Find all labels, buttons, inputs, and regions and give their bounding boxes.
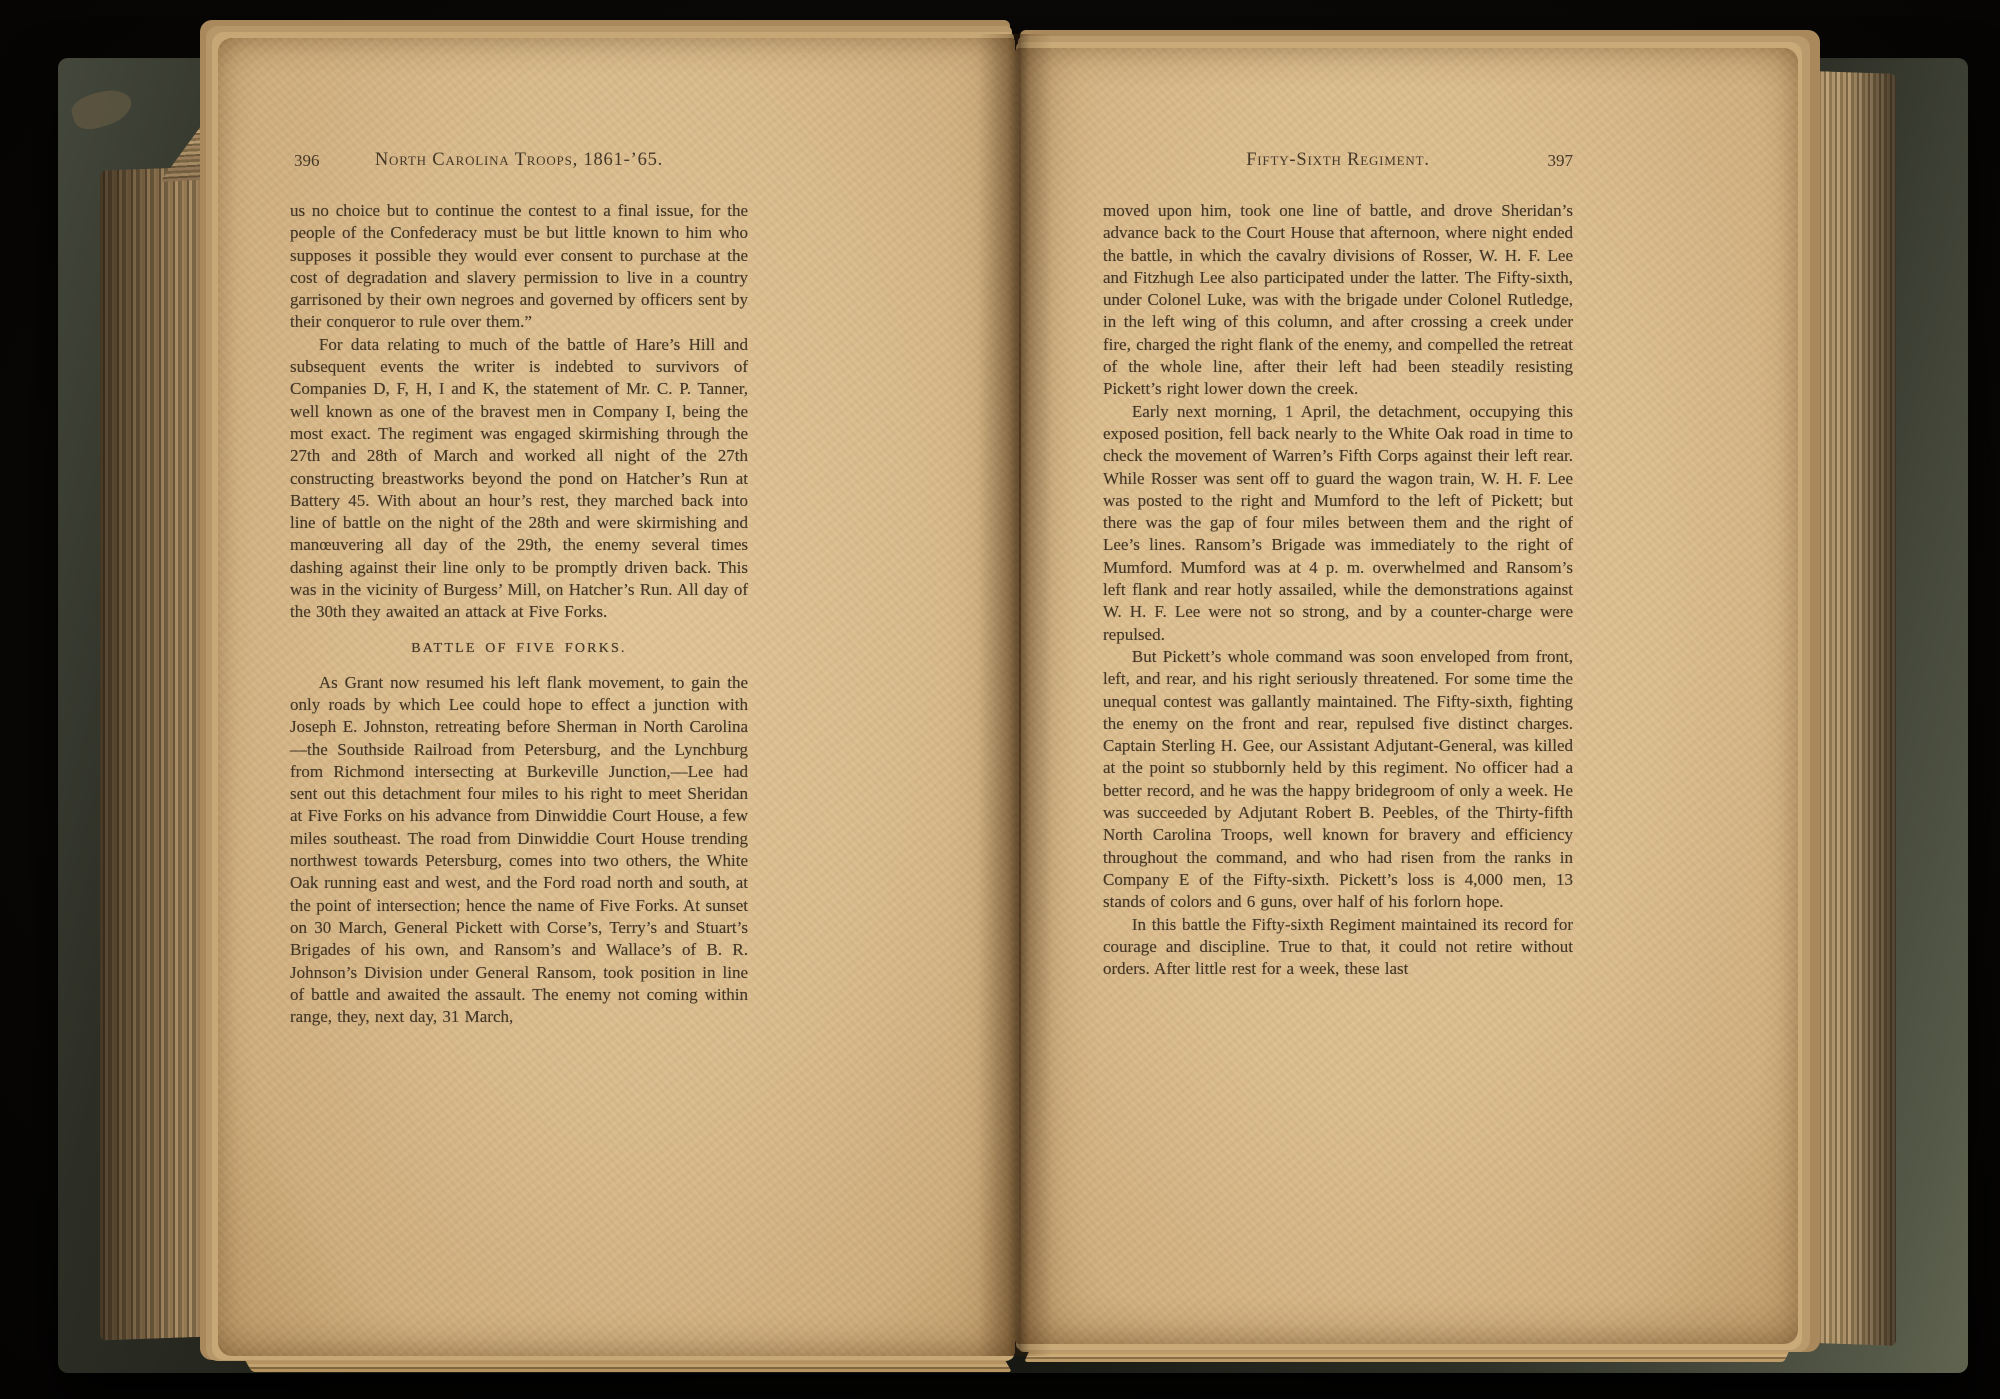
section-heading: BATTLE OF FIVE FORKS. <box>290 641 748 657</box>
left-page: 396 North Carolina Troops, 1861-’65. us … <box>218 38 1015 1356</box>
right-page-number: 397 <box>1548 151 1574 171</box>
right-page: Fifty-Sixth Regiment. 397 moved upon him… <box>1015 48 1798 1344</box>
right-running-title: Fifty-Sixth Regiment. <box>1103 150 1573 171</box>
left-page-header: 396 North Carolina Troops, 1861-’65. <box>290 150 748 174</box>
paragraph: But Pickett’s whole command was soon env… <box>1103 646 1573 914</box>
paragraph: For data relating to much of the battle … <box>290 334 748 624</box>
left-page-number: 396 <box>294 151 320 171</box>
paragraph: us no choice but to continue the contest… <box>290 200 748 334</box>
paragraph: Early next morning, 1 April, the detachm… <box>1103 401 1573 646</box>
book-gutter-crease <box>1019 40 1021 1350</box>
right-page-header: Fifty-Sixth Regiment. 397 <box>1103 150 1573 174</box>
open-book-scan: 396 North Carolina Troops, 1861-’65. us … <box>0 0 2000 1399</box>
paragraph: As Grant now resumed his left flank move… <box>290 672 748 1029</box>
paragraph: In this battle the Fifty-sixth Regiment … <box>1103 914 1573 981</box>
paragraph: moved upon him, took one line of battle,… <box>1103 200 1573 401</box>
left-running-title: North Carolina Troops, 1861-’65. <box>290 150 748 171</box>
